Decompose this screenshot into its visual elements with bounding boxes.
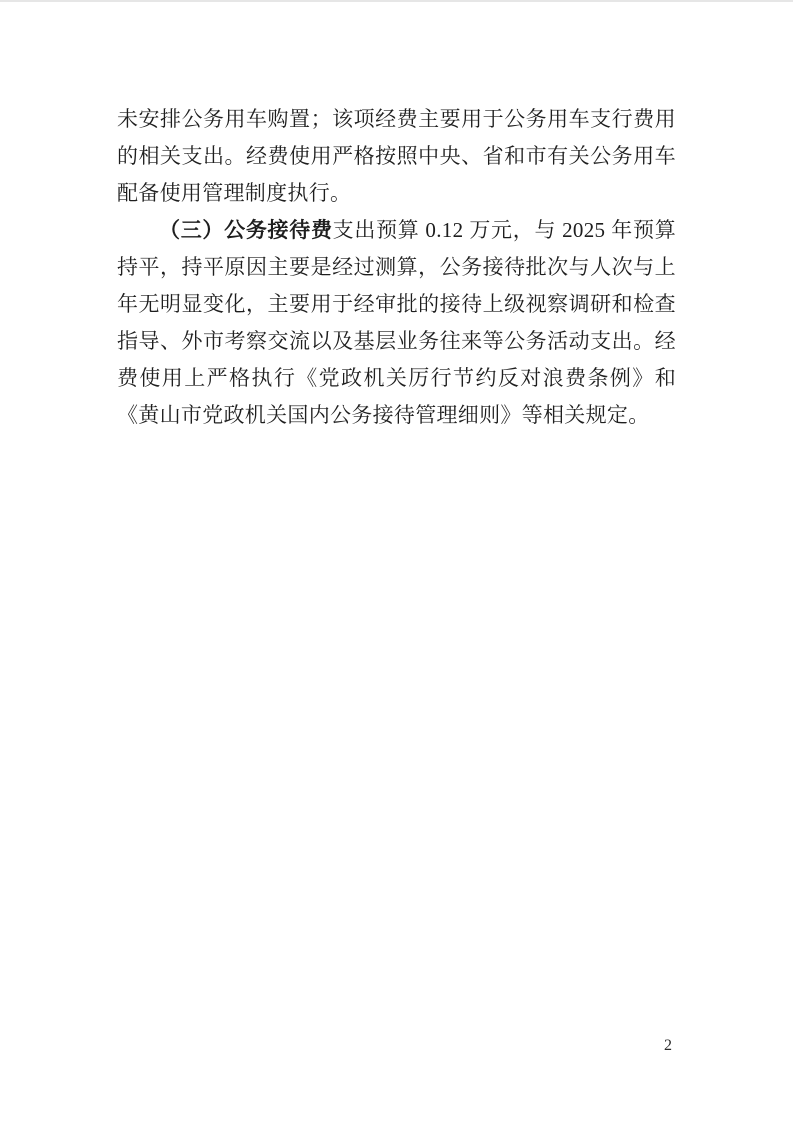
scan-artifact-line — [0, 0, 793, 2]
paragraph-heading-reception-fee: （三）公务接待费 — [159, 218, 333, 242]
document-page: 未安排公务用车购置；该项经费主要用于公务用车支行费用的相关支出。经费使用严格按照… — [0, 0, 793, 1122]
paragraph-text: 未安排公务用车购置；该项经费主要用于公务用车支行费用的相关支出。经费使用严格按照… — [117, 107, 676, 205]
document-body: 未安排公务用车购置；该项经费主要用于公务用车支行费用的相关支出。经费使用严格按照… — [117, 101, 676, 434]
paragraph-vehicle-expense: 未安排公务用车购置；该项经费主要用于公务用车支行费用的相关支出。经费使用严格按照… — [117, 101, 676, 212]
page-number: 2 — [659, 1036, 677, 1056]
paragraph-reception-expense: （三）公务接待费支出预算 0.12 万元，与 2025 年预算持平，持平原因主要… — [117, 212, 676, 434]
paragraph-text: 支出预算 0.12 万元，与 2025 年预算持平，持平原因主要是经过测算，公务… — [117, 218, 676, 427]
